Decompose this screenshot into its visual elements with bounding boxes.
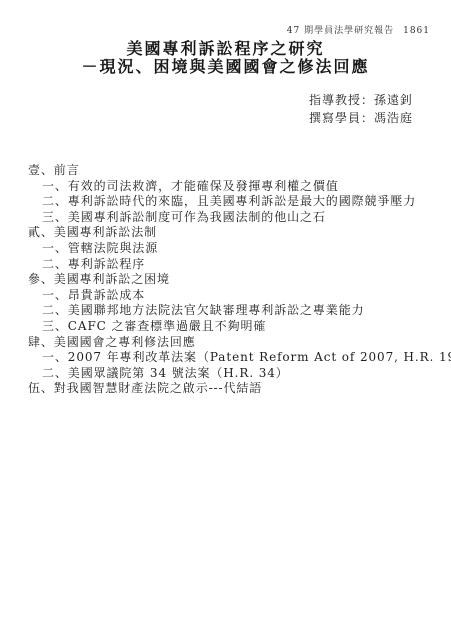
title-line-2: －現況、困境與美國國會之修法回應 — [0, 58, 451, 76]
journal-label: 47 期學員法學研究報告 — [287, 26, 394, 36]
report-title: 美國專利訴訟程序之研究 －現況、困境與美國國會之修法回應 — [0, 40, 451, 76]
advisor-name: 孫遠釗 — [374, 93, 413, 107]
page-header: 47 期學員法學研究報告1861 — [287, 23, 430, 36]
outline-section-4: 肆、美國國會之專利修法回應 — [28, 335, 443, 351]
document-page: 47 期學員法學研究報告1861 美國專利訴訟程序之研究 －現況、困境與美國國會… — [0, 0, 451, 640]
outline-subitem-4-1: 一、2007 年專利改革法案（Patent Reform Act of 2007… — [28, 350, 443, 366]
outline-subitem-3-2: 二、美國聯邦地方法院法官欠缺審理專利訴訟之專業能力 — [28, 303, 443, 319]
outline-section-5: 伍、對我國智慧財產法院之啟示---代結語 — [28, 381, 443, 397]
outline-subitem-3-3: 三、CAFC 之審查標準過嚴且不夠明確 — [28, 319, 443, 335]
advisor-line: 指導教授：孫遠釗 — [309, 92, 413, 110]
byline-block: 指導教授：孫遠釗 撰寫學員：馮浩庭 — [309, 92, 413, 127]
author-label: 撰寫學員： — [309, 111, 374, 125]
advisor-label: 指導教授： — [309, 93, 374, 107]
outline-list: 壹、前言 一、有效的司法救濟，才能確保及發揮專利權之價值 二、專利訴訟時代的來臨… — [28, 163, 443, 397]
outline-subitem-1-1: 一、有效的司法救濟，才能確保及發揮專利權之價值 — [28, 179, 443, 195]
outline-section-1: 壹、前言 — [28, 163, 443, 179]
outline-subitem-2-1: 一、管轄法院與法源 — [28, 241, 443, 257]
author-line: 撰寫學員：馮浩庭 — [309, 110, 413, 128]
outline-subitem-1-2: 二、專利訴訟時代的來臨，且美國專利訴訟是最大的國際競爭壓力 — [28, 194, 443, 210]
outline-section-2: 貳、美國專利訴訟法制 — [28, 225, 443, 241]
outline-subitem-2-2: 二、專利訴訟程序 — [28, 257, 443, 273]
outline-section-3: 參、美國專利訴訟之困境 — [28, 272, 443, 288]
author-name: 馮浩庭 — [374, 111, 413, 125]
page-number: 1861 — [403, 26, 430, 36]
outline-subitem-4-2: 二、美國眾議院第 34 號法案（H.R. 34） — [28, 366, 443, 382]
outline-subitem-1-3: 三、美國專利訴訟制度可作為我國法制的他山之石 — [28, 210, 443, 226]
title-line-1: 美國專利訴訟程序之研究 — [0, 40, 451, 58]
outline-subitem-3-1: 一、昂貴訴訟成本 — [28, 288, 443, 304]
